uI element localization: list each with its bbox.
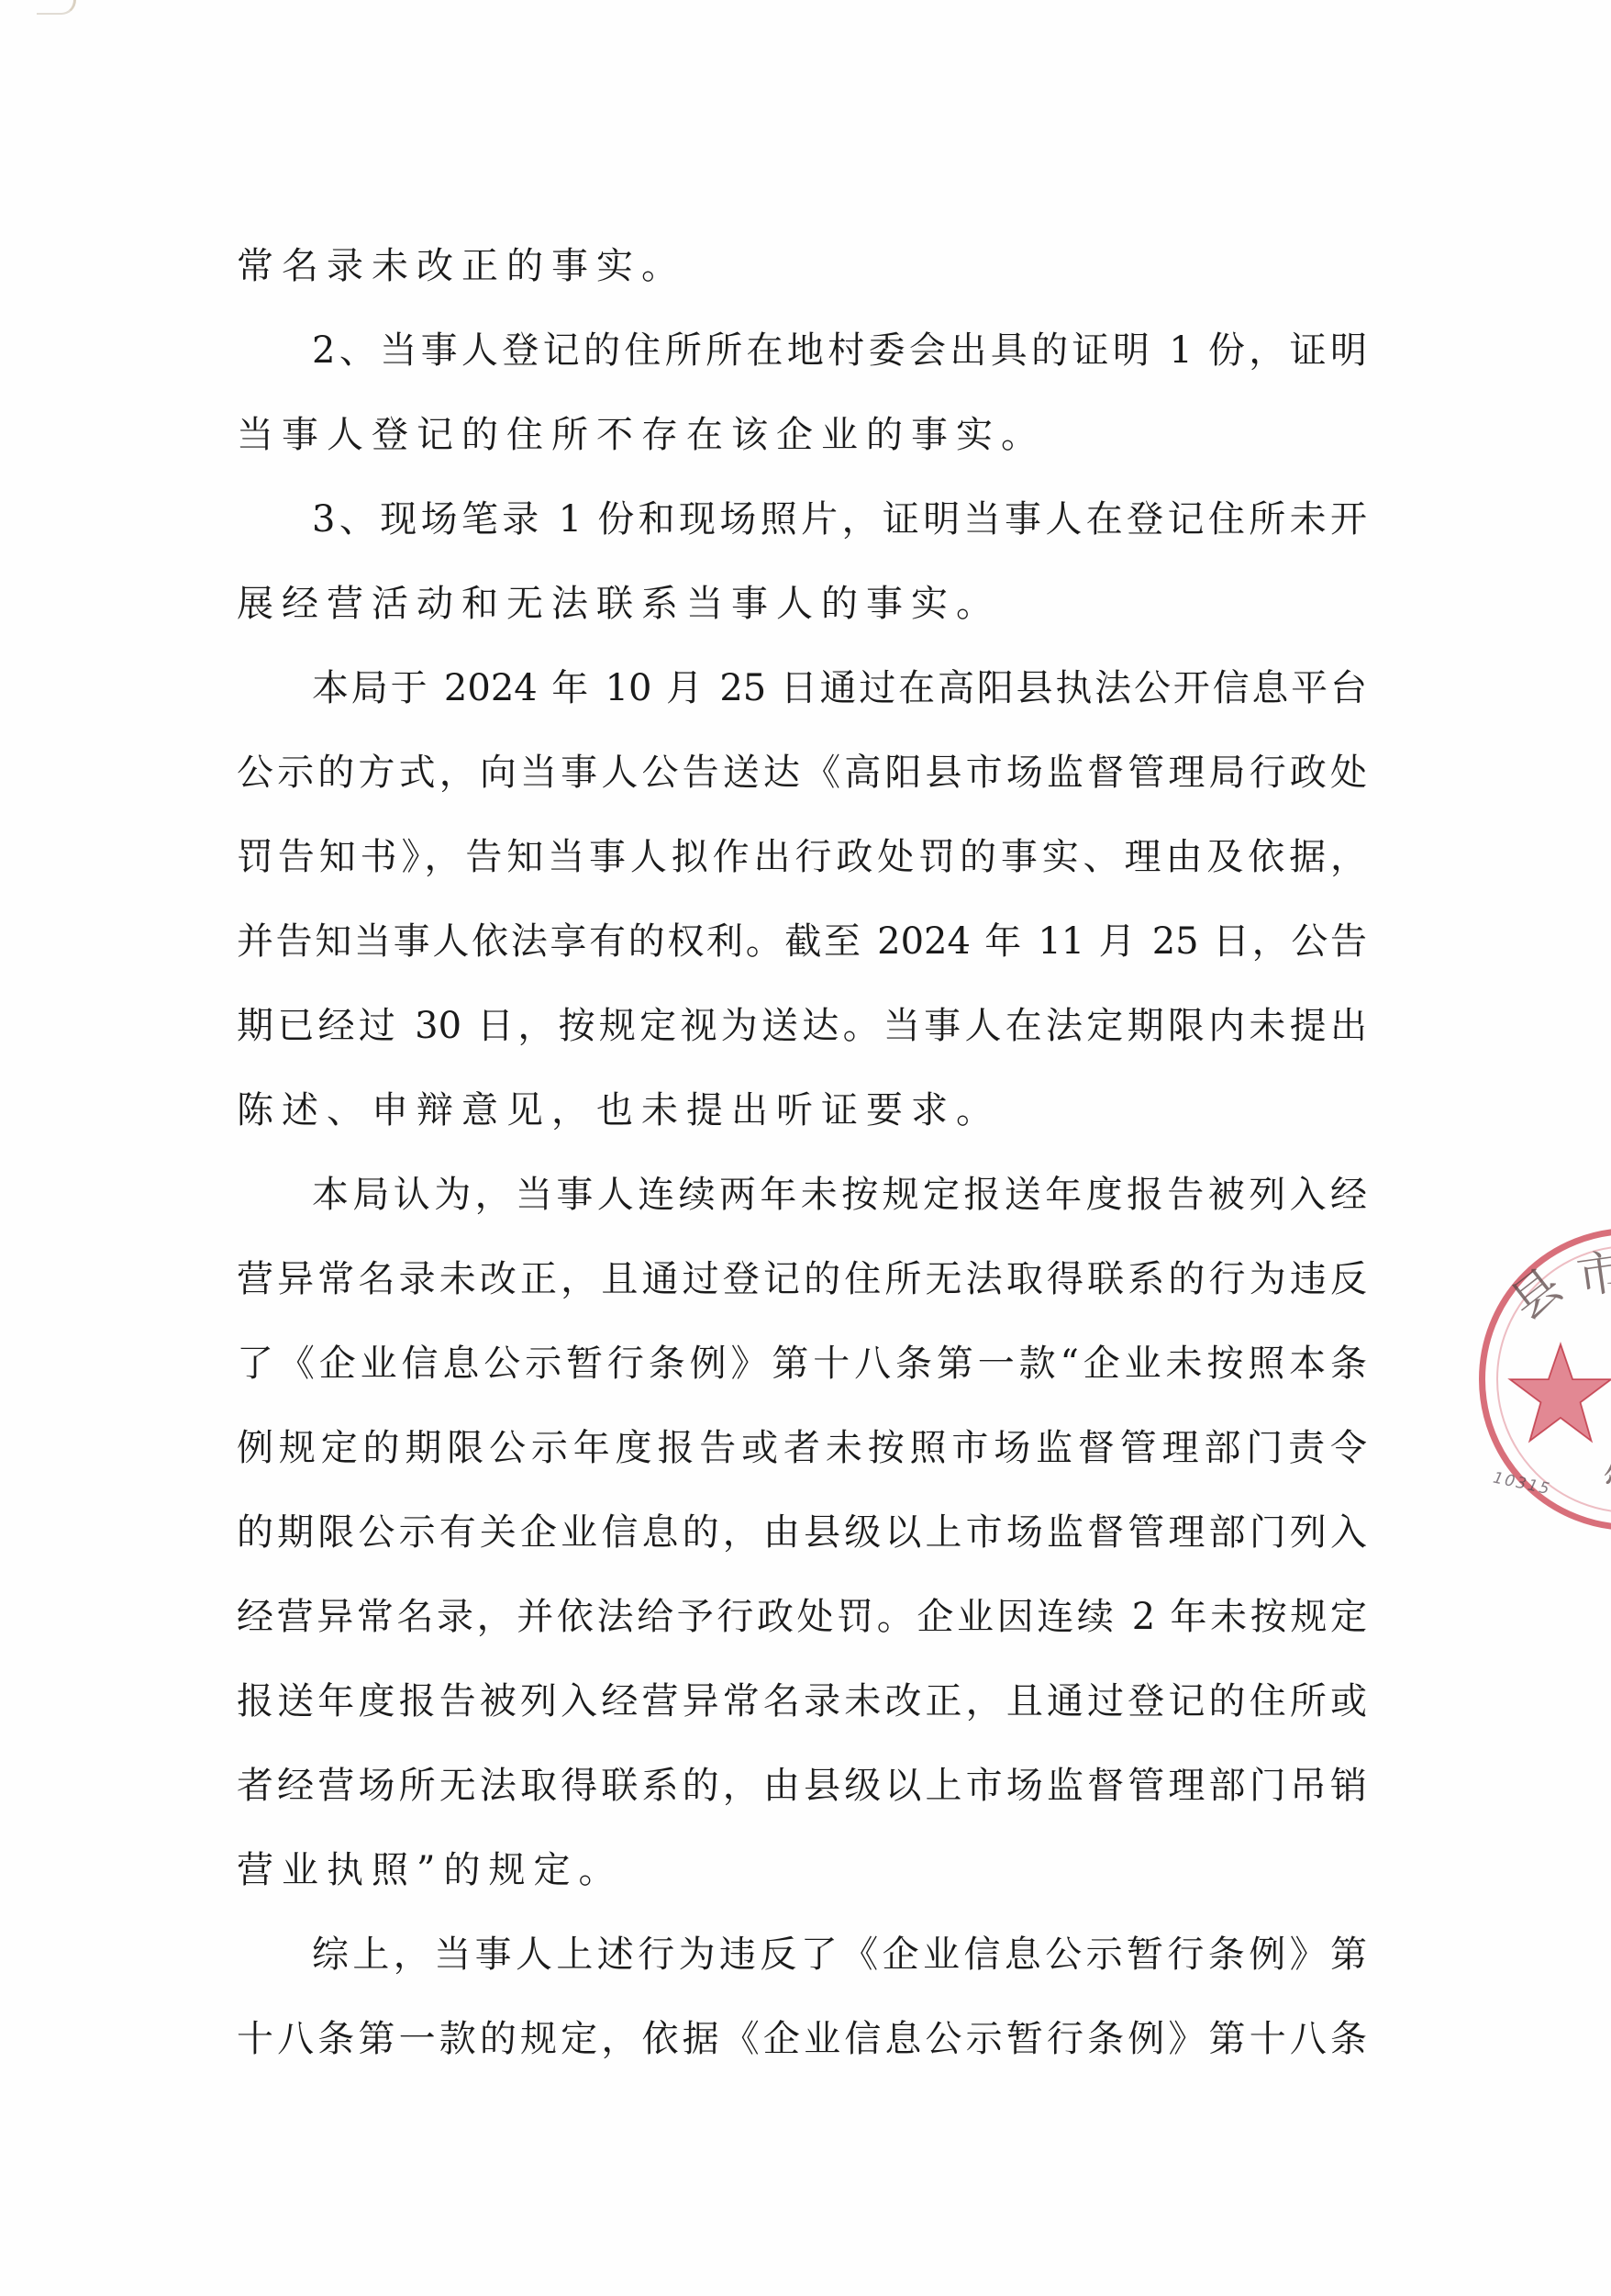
text-line: 例规定的期限公示年度报告或者未按照市场监督管理部门责令 bbox=[237, 1422, 1367, 1474]
text-line: 营异常名录未改正，且通过登记的住所无法取得联系的行为违反 bbox=[237, 1254, 1367, 1305]
text-line: 报送年度报告被列入经营异常名录未改正，且通过登记的住所或 bbox=[237, 1676, 1367, 1727]
text-line: 并告知当事人依法享有的权利。截至 2024 年 11 月 25 日，公告 bbox=[237, 916, 1367, 967]
text-line: 公示的方式，向当事人公告送达《高阳县市场监督管理局行政处 bbox=[237, 747, 1367, 798]
seal-char: 管 bbox=[1603, 1464, 1611, 1508]
text-line: 3、现场笔录 1 份和现场照片，证明当事人在登记住所未开 bbox=[312, 494, 1367, 545]
text-line: 综上，当事人上述行为违反了《企业信息公示暂行条例》第 bbox=[312, 1929, 1367, 1980]
text-line: 常名录未改正的事实。 bbox=[237, 240, 686, 292]
text-line: 经营异常名录，并依法给予行政处罚。企业因连续 2 年未按规定 bbox=[237, 1591, 1367, 1643]
text-line: 十八条第一款的规定，依据《企业信息公示暂行条例》第十八条 bbox=[237, 2013, 1367, 2065]
star-icon bbox=[1505, 1340, 1611, 1445]
text-line: 展经营活动和无法联系当事人的事实。 bbox=[237, 578, 1001, 630]
text-line: 期已经过 30 日，按规定视为送达。当事人在法定期限内未提出 bbox=[237, 1000, 1367, 1052]
text-line: 了《企业信息公示暂行条例》第十八条第一款“企业未按照本条 bbox=[237, 1338, 1367, 1389]
text-line: 本局于 2024 年 10 月 25 日通过在高阳县执法公开信息平台 bbox=[312, 663, 1367, 714]
text-line: 营业执照”的规定。 bbox=[237, 1845, 623, 1896]
text-line: 罚告知书》，告知当事人拟作出行政处罚的事实、理由及依据， bbox=[237, 831, 1367, 883]
document-page: 常名录未改正的事实。 2、当事人登记的住所所在地村委会出具的证明 1 份，证明 … bbox=[0, 0, 1611, 2296]
text-line: 的期限公示有关企业信息的，由县级以上市场监督管理部门列入 bbox=[237, 1507, 1367, 1558]
text-line: 者经营场所无法取得联系的，由县级以上市场监督管理部门吊销 bbox=[237, 1760, 1367, 1811]
scan-artifact bbox=[37, 0, 76, 15]
text-line: 当事人登记的住所不存在该企业的事实。 bbox=[237, 409, 1046, 461]
text-line: 陈述、申辩意见，也未提出听证要求。 bbox=[237, 1085, 1001, 1136]
text-line: 本局认为，当事人连续两年未按规定报送年度报告被列入经 bbox=[312, 1169, 1367, 1220]
text-line: 2、当事人登记的住所所在地村委会出具的证明 1 份，证明 bbox=[312, 325, 1367, 376]
official-seal: 县 市 场 管 10315 bbox=[1479, 1228, 1611, 1531]
seal-char: 市 bbox=[1574, 1248, 1611, 1302]
